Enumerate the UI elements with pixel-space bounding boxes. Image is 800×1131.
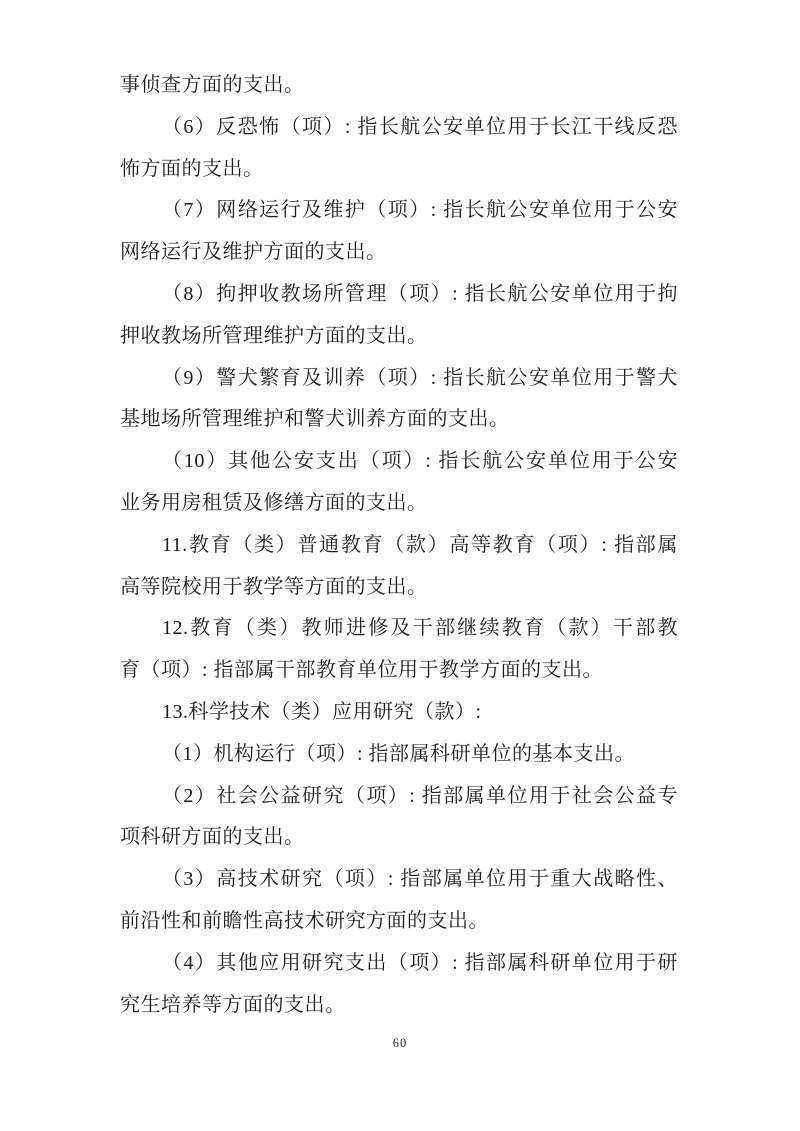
text-line: 怖方面的支出。	[120, 149, 678, 191]
text-line: （7）网络运行及维护（项）: 指长航公安单位用于公安	[120, 190, 678, 232]
text-line: 育（项）: 指部属干部教育单位用于教学方面的支出。	[120, 650, 678, 692]
text-line: （1）机构运行（项）: 指部属科研单位的基本支出。	[120, 734, 678, 776]
text-line: 网络运行及维护方面的支出。	[120, 232, 678, 274]
document-page: 事侦查方面的支出。（6）反恐怖（项）: 指长航公安单位用于长江干线反恐怖方面的支…	[0, 0, 800, 1131]
text-line: 12.教育（类）教师进修及干部继续教育（款）干部教	[120, 608, 678, 650]
document-content: 事侦查方面的支出。（6）反恐怖（项）: 指长航公安单位用于长江干线反恐怖方面的支…	[120, 65, 678, 1026]
text-line: （6）反恐怖（项）: 指长航公安单位用于长江干线反恐	[120, 107, 678, 149]
text-line: （4）其他应用研究支出（项）: 指部属科研单位用于研	[120, 943, 678, 985]
text-line: （3）高技术研究（项）: 指部属单位用于重大战略性、	[120, 859, 678, 901]
text-line: 11.教育（类）普通教育（款）高等教育（项）: 指部属	[120, 525, 678, 567]
text-line: 业务用房租赁及修缮方面的支出。	[120, 483, 678, 525]
text-line: 高等院校用于教学等方面的支出。	[120, 567, 678, 609]
text-line: （2）社会公益研究（项）: 指部属单位用于社会公益专	[120, 776, 678, 818]
text-line: 究生培养等方面的支出。	[120, 985, 678, 1027]
text-line: 项科研方面的支出。	[120, 817, 678, 859]
text-line: 13.科学技术（类）应用研究（款）:	[120, 692, 678, 734]
text-line: 事侦查方面的支出。	[120, 65, 678, 107]
text-line: 前沿性和前瞻性高技术研究方面的支出。	[120, 901, 678, 943]
page-number: 60	[0, 1036, 800, 1051]
text-line: 基地场所管理维护和警犬训养方面的支出。	[120, 399, 678, 441]
text-line: 押收教场所管理维护方面的支出。	[120, 316, 678, 358]
text-line: （10）其他公安支出（项）: 指长航公安单位用于公安	[120, 441, 678, 483]
text-line: （8）拘押收教场所管理（项）: 指长航公安单位用于拘	[120, 274, 678, 316]
text-line: （9）警犬繁育及训养（项）: 指长航公安单位用于警犬	[120, 358, 678, 400]
